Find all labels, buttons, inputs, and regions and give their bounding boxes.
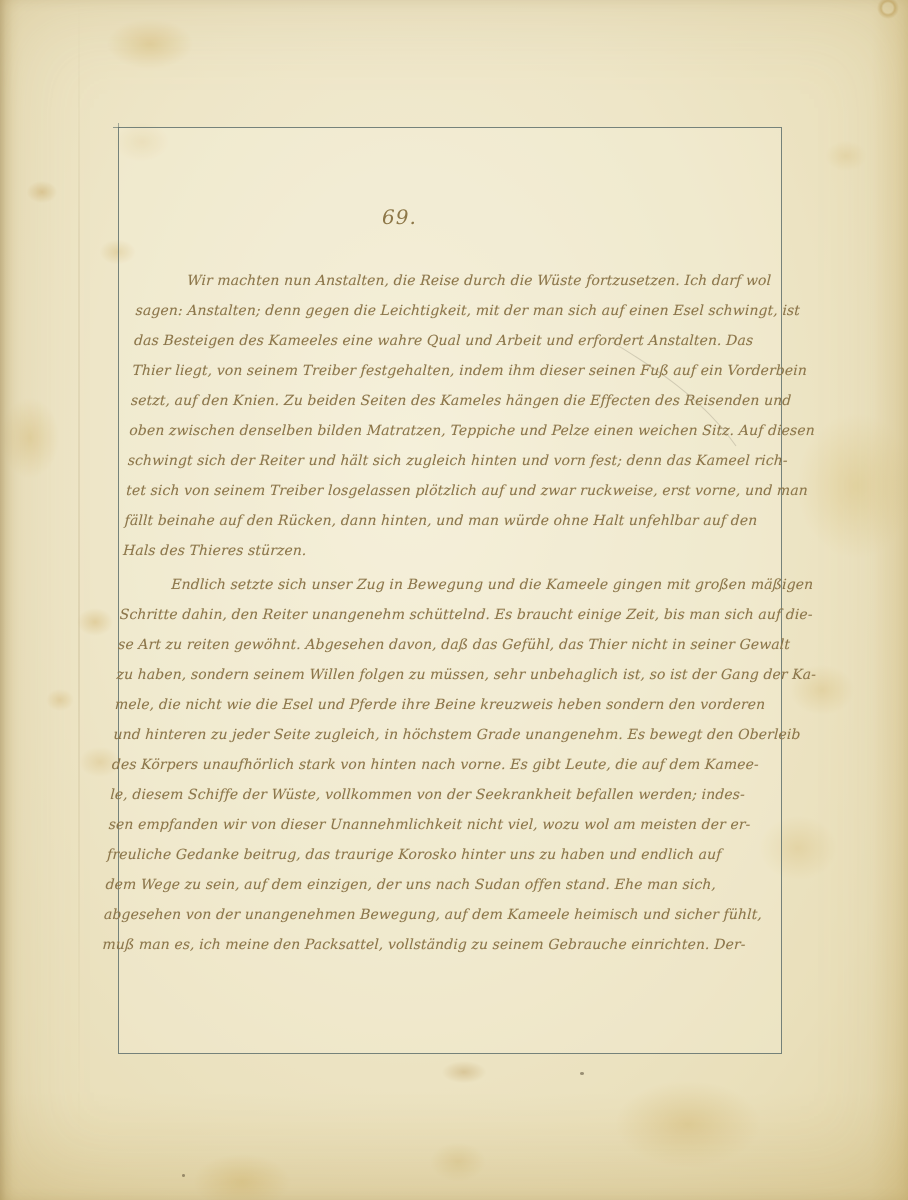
manuscript-line: zu haben, sondern seinem Willen folgen z… (116, 660, 742, 690)
manuscript-line: le, diesem Schiffe der Wüste, vollkommen… (109, 780, 735, 810)
page-binding-edge (0, 0, 24, 1200)
ink-speck (580, 1072, 584, 1075)
manuscript-line: tet sich von seinem Treiber losgelassen … (125, 476, 751, 506)
manuscript-line: Endlich setzte sich unser Zug in Bewegun… (120, 570, 746, 600)
manuscript-line: Hals des Thieres stürzen. (122, 536, 748, 566)
manuscript-line: freuliche Gedanke beitrug, das traurige … (106, 840, 732, 870)
manuscript-line: setzt, auf den Knien. Zu beiden Seiten d… (130, 386, 756, 416)
page-number: 69. (382, 205, 417, 229)
manuscript-line: oben zwischen denselben bilden Matratzen… (129, 416, 755, 446)
manuscript-line: Schritte dahin, den Reiter unangenehm sc… (119, 600, 745, 630)
manuscript-line: muß man es, ich meine den Packsattel, vo… (102, 930, 728, 960)
manuscript-page-photo: 69. Wir machten nun Anstalten, die Reise… (0, 0, 908, 1200)
manuscript-line: das Besteigen des Kameeles eine wahre Qu… (133, 326, 759, 356)
handwritten-text-block: Wir machten nun Anstalten, die Reise dur… (102, 266, 762, 960)
manuscript-line: des Körpers unaufhörlich stark von hinte… (111, 750, 737, 780)
manuscript-line: abgesehen von der unangenehmen Bewegung,… (103, 900, 729, 930)
manuscript-line: Thier liegt, von seinem Treiber festgeha… (132, 356, 758, 386)
manuscript-line: und hinteren zu jeder Seite zugleich, in… (113, 720, 739, 750)
manuscript-line: se Art zu reiten gewöhnt. Abgesehen davo… (117, 630, 743, 660)
manuscript-line: Wir machten nun Anstalten, die Reise dur… (136, 266, 762, 296)
manuscript-line: fällt beinahe auf den Rücken, dann hinte… (124, 506, 750, 536)
ink-speck (182, 1174, 185, 1177)
paper-crease (78, 0, 80, 1200)
manuscript-line: schwingt sich der Reiter und hält sich z… (127, 446, 753, 476)
manuscript-line: sen empfanden wir von dieser Unannehmlic… (108, 810, 734, 840)
manuscript-line: dem Wege zu sein, auf dem einzigen, der … (105, 870, 731, 900)
manuscript-line: mele, die nicht wie die Esel und Pferde … (114, 690, 740, 720)
manuscript-line: sagen: Anstalten; denn gegen die Leichti… (135, 296, 761, 326)
